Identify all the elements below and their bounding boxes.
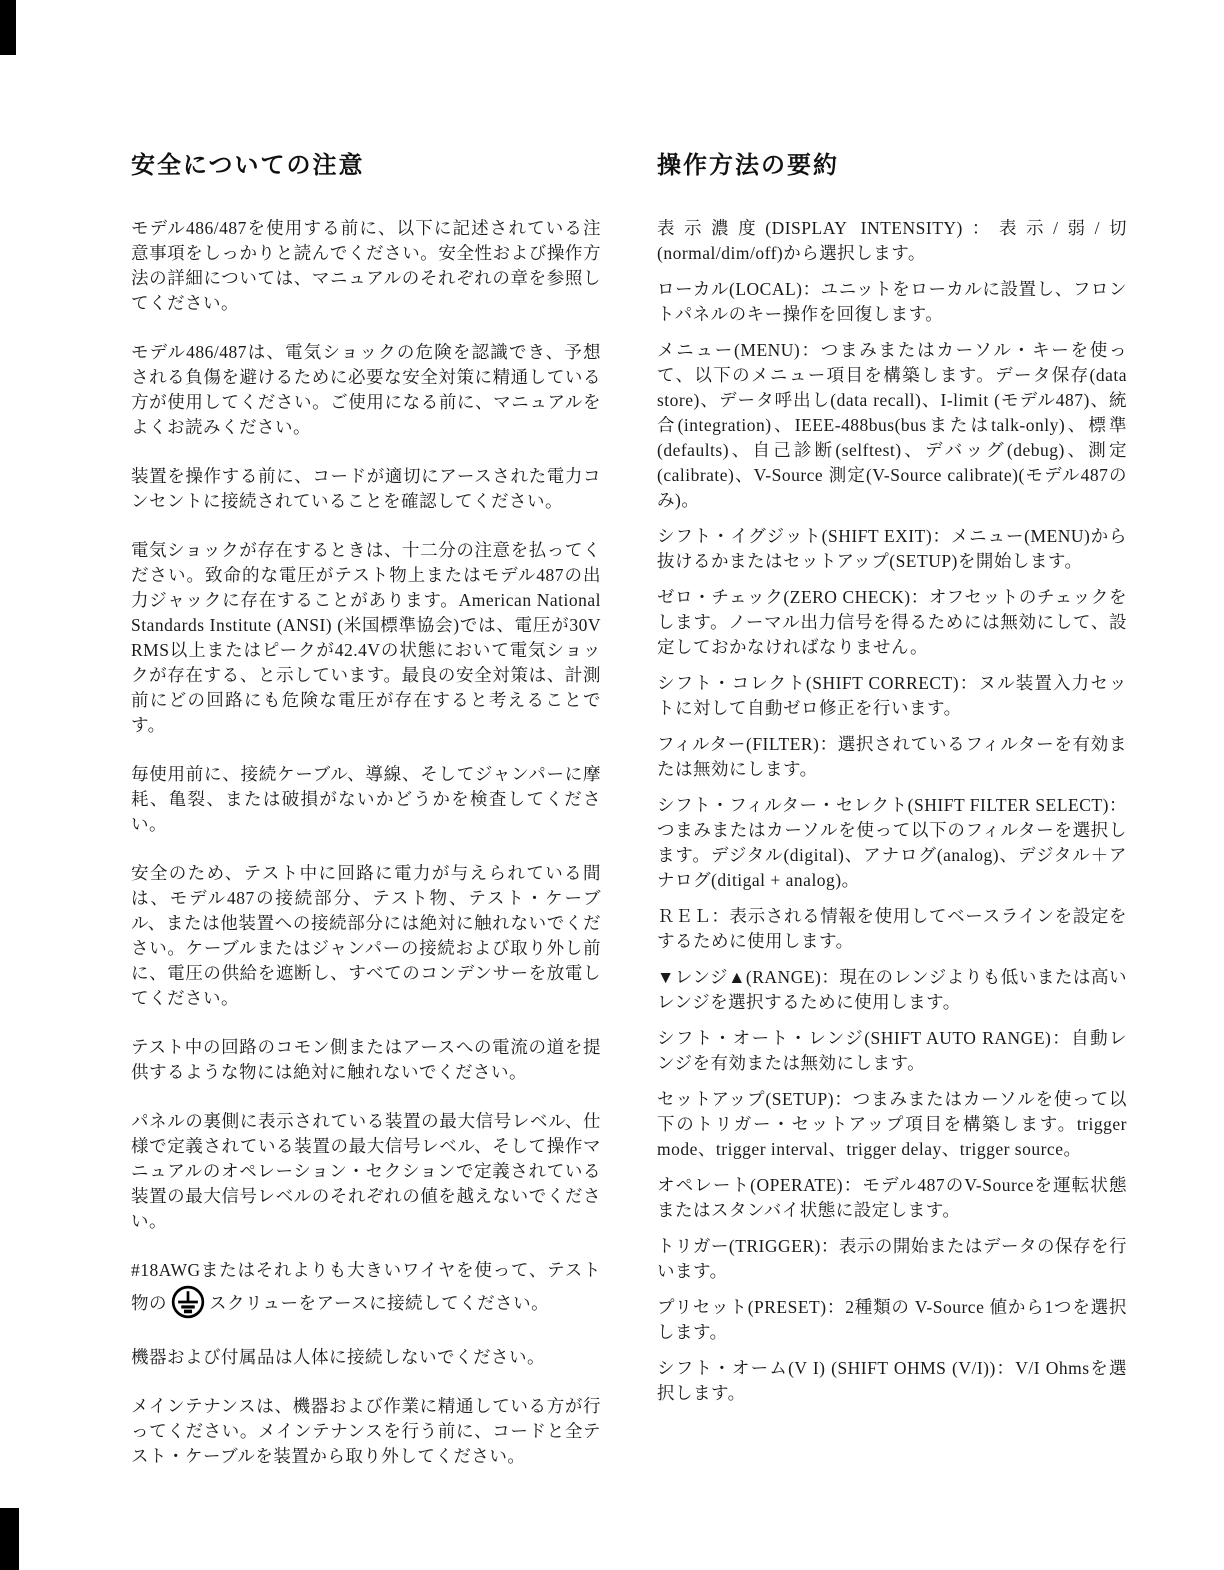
- operation-summary-column: 操作方法の要約 表示濃度(DISPLAY INTENSITY)：表示/弱/切(n…: [657, 145, 1127, 1417]
- operation-paragraph-shift-correct: シフト・コレクト(SHIFT CORRECT)：ヌル装置入力セットに対して自動ゼ…: [657, 671, 1127, 721]
- safety-paragraph: モデル486/487を使用する前に、以下に記述されている注意事項をしっかりと読ん…: [131, 216, 601, 316]
- safety-column: 安全についての注意 モデル486/487を使用する前に、以下に記述されている注意…: [131, 145, 601, 1493]
- operation-paragraph-shift-exit: シフト・イグジット(SHIFT EXIT)：メニュー(MENU)から抜けるかまた…: [657, 524, 1127, 574]
- scanned-manual-page: 安全についての注意 モデル486/487を使用する前に、以下に記述されている注意…: [0, 0, 1224, 1570]
- safety-paragraph: メインテナンスは、機器および作業に精通している方が行ってください。メインテナンス…: [131, 1394, 601, 1469]
- operation-paragraph-preset: プリセット(PRESET)：2種類の V-Source 値から1つを選択します。: [657, 1295, 1127, 1345]
- operation-paragraph-trigger: トリガー(TRIGGER)：表示の開始またはデータの保存を行います。: [657, 1234, 1127, 1284]
- safety-paragraph: モデル486/487は、電気ショックの危険を認識でき、予想される負傷を避けるため…: [131, 340, 601, 440]
- safety-paragraph: 装置を操作する前に、コードが適切にアースされた電力コンセントに接続されていること…: [131, 464, 601, 514]
- operation-paragraph-local: ローカル(LOCAL)：ユニットをローカルに設置し、フロントパネルのキー操作を回…: [657, 277, 1127, 327]
- safety-paragraph: 機器および付属品は人体に接続しないでください。: [131, 1345, 601, 1370]
- ground-paragraph-post: スクリューをアースに接続してください。: [209, 1293, 549, 1313]
- safety-paragraph: 安全のため、テスト中に回路に電力が与えられている間は、モデル487の接続部分、テ…: [131, 861, 601, 1011]
- safety-paragraph: 電気ショックが存在するときは、十二分の注意を払ってください。致命的な電圧がテスト…: [131, 538, 601, 738]
- safety-paragraph: テスト中の回路のコモン側またはアースへの電流の道を提供するような物には絶対に触れ…: [131, 1035, 601, 1085]
- operation-paragraph-rel: ＲＥＬ：表示される情報を使用してベースラインを設定をするために使用します。: [657, 904, 1127, 954]
- scan-artifact-top-left: [0, 0, 16, 55]
- safety-paragraph: 毎使用前に、接続ケーブル、導線、そしてジャンパーに摩耗、亀裂、または破損がないか…: [131, 762, 601, 837]
- operation-paragraph-shift-ohms: シフト・オーム(V I) (SHIFT OHMS (V/I))：V/I Ohms…: [657, 1356, 1127, 1406]
- safety-paragraph: パネルの裏側に表示されている装置の最大信号レベル、仕様で定義されている装置の最大…: [131, 1109, 601, 1234]
- operation-paragraph-operate: オペレート(OPERATE)：モデル487のV-Sourceを運転状態またはスタ…: [657, 1173, 1127, 1223]
- operation-paragraph-zero-check: ゼロ・チェック(ZERO CHECK)：オフセットのチェックをします。ノーマル出…: [657, 585, 1127, 660]
- operation-paragraph-display-intensity: 表示濃度(DISPLAY INTENSITY)：表示/弱/切(normal/di…: [657, 216, 1127, 266]
- operation-paragraph-menu: メニュー(MENU)：つまみまたはカーソル・キーを使って、以下のメニュー項目を構…: [657, 338, 1127, 513]
- operation-paragraph-shift-auto-range: シフト・オート・レンジ(SHIFT AUTO RANGE)：自動レンジを有効また…: [657, 1026, 1127, 1076]
- operation-paragraph-setup: セットアップ(SETUP)：つまみまたはカーソルを使って以下のトリガー・セットア…: [657, 1087, 1127, 1162]
- operation-summary-title: 操作方法の要約: [657, 145, 1127, 180]
- safety-column-title: 安全についての注意: [131, 145, 601, 180]
- safety-paragraph-ground: #18AWGまたはそれよりも大きいワイヤを使って、テスト物の スクリューをアース…: [131, 1258, 601, 1321]
- scan-artifact-bottom-left: [0, 1508, 19, 1570]
- operation-paragraph-range: ▼レンジ▲(RANGE)：現在のレンジよりも低いまたは高いレンジを選択するために…: [657, 965, 1127, 1015]
- operation-paragraph-filter: フィルター(FILTER)：選択されているフィルターを有効または無効にします。: [657, 732, 1127, 782]
- operation-paragraph-shift-filter-select: シフト・フィルター・セレクト(SHIFT FILTER SELECT)：つまみま…: [657, 793, 1127, 893]
- earth-ground-icon: [170, 1283, 206, 1321]
